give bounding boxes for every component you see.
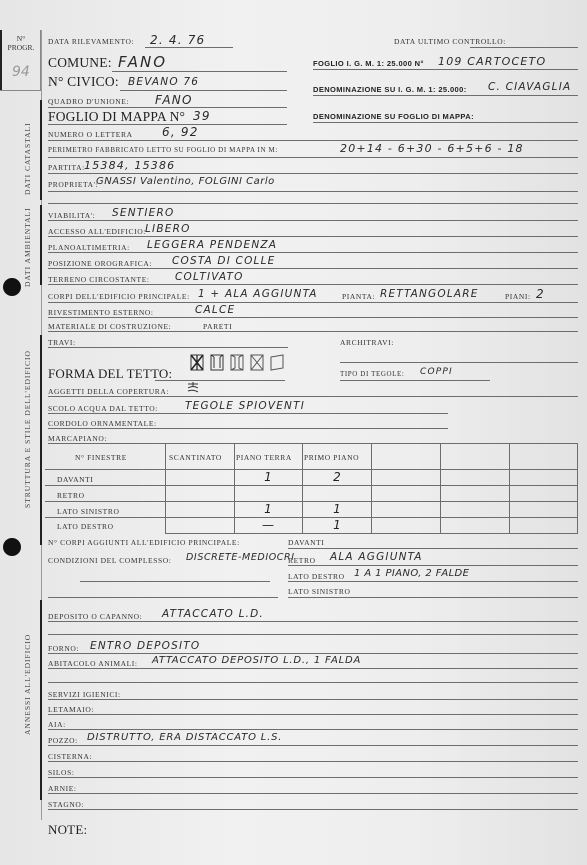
numero-label: NUMERO o LETTERA — [48, 130, 133, 139]
mappa-denominazione-label: DENOMINAZIONE SU FOGLIO DI MAPPA: — [313, 112, 474, 121]
side-label-catastali: DATI CATASTALI — [23, 122, 32, 195]
viabilita-line — [48, 220, 578, 221]
corpi-line — [48, 302, 578, 303]
pozzo-value[interactable]: DISTRUTTO, ERA DISTACCATO L.S. — [87, 732, 282, 743]
accesso-line — [48, 236, 578, 237]
igm-denominazione-value[interactable]: C. CIAVAGLIA — [488, 81, 571, 93]
scolo-line — [48, 413, 448, 414]
pianta-value[interactable]: RETTANGOLARE — [380, 288, 479, 300]
architravi-line — [340, 362, 578, 363]
partita-line — [48, 173, 578, 174]
lato-sinistro-line — [288, 597, 578, 598]
quadro-label: QUADRO D'UNIONE: — [48, 97, 129, 106]
lato-destro-line — [288, 581, 578, 582]
stagno-label: STAGNO: — [48, 800, 84, 809]
civico-value[interactable]: BEVANO 76 — [128, 76, 199, 88]
igm-foglio-value[interactable]: 109 CARTOCETO — [438, 55, 546, 68]
finestre-table: N° FINESTRE SCANTINATO PIANO TERRA PRIMO… — [45, 443, 578, 533]
complesso-retro-label: RETRO — [288, 556, 316, 565]
side-label-annessi: ANNESSI ALL'EDIFICIO — [23, 634, 32, 735]
quadro-value[interactable]: FANO — [155, 93, 193, 107]
side-label-ambientali: DATI AMBIENTALI — [23, 207, 32, 287]
tipo-tegole-line — [340, 380, 490, 381]
cisterna-label: CISTERNA: — [48, 752, 92, 761]
note-label: NOTE: — [48, 822, 87, 838]
table-col-divider — [371, 443, 372, 533]
posizione-value[interactable]: COSTA DI COLLE — [172, 255, 275, 267]
condizioni-value[interactable]: DISCRETE-MEDIOCRI — [186, 552, 295, 563]
table-col-divider — [302, 443, 303, 533]
architravi-label: ARCHITRAVI: — [340, 338, 394, 347]
pozzo-label: POZZO: — [48, 736, 78, 745]
abitacolo-label: ABITACOLO ANIMALI: — [48, 659, 138, 668]
gable-roof-a-icon[interactable] — [210, 354, 224, 371]
servizi-label: SERVIZI IGIENICI: — [48, 690, 121, 699]
data-rilevamento-line — [145, 47, 233, 48]
comune-value[interactable]: FANO — [118, 53, 167, 71]
condizioni-label: CONDIZIONI DEL COMPLESSO: — [48, 556, 171, 565]
scolo-value[interactable]: TEGOLE SPIOVENTI — [185, 400, 305, 412]
perimetro-value[interactable]: 20+14 - 6+30 - 6+5+6 - 18 — [340, 142, 524, 155]
piani-label: PIANI: — [505, 292, 531, 301]
section-bracket-ambientali — [40, 205, 42, 285]
abitacolo-extra-line — [48, 682, 578, 683]
complesso-extra-line — [48, 597, 278, 598]
quadro-line — [48, 107, 287, 108]
forma-tetto-options — [190, 354, 284, 371]
data-rilevamento-label: DATA RILEVAMENTO: — [48, 37, 134, 46]
cisterna-line — [48, 761, 578, 762]
perimetro-line — [48, 157, 578, 158]
deposito-value[interactable]: ATTACCATO L.D. — [162, 608, 264, 620]
plano-line — [48, 252, 578, 253]
binder-hole-top — [3, 278, 21, 296]
forno-label: FORNO: — [48, 644, 79, 653]
data-ultimo-controllo-line — [470, 47, 578, 48]
forno-value[interactable]: ENTRO DEPOSITO — [90, 640, 200, 652]
table-row-divider — [165, 533, 578, 534]
corpi-value[interactable]: 1 + ALA AGGIUNTA — [198, 288, 318, 300]
rivestimento-label: RIVESTIMENTO ESTERNO: — [48, 308, 154, 317]
letamaio-label: LETAMAIO: — [48, 705, 94, 714]
proprieta-value[interactable]: GNASSI Valentino, FOLGINI Carlo — [96, 176, 275, 187]
pianta-label: PIANTA: — [342, 292, 375, 301]
viabilita-value[interactable]: SENTIERO — [112, 207, 174, 219]
silos-line — [48, 777, 578, 778]
civico-line — [120, 90, 287, 91]
hip-roof-icon[interactable] — [190, 354, 204, 371]
cell-lato-sinistro-primo-piano[interactable]: 1 — [307, 502, 367, 516]
data-ultimo-controllo-label: DATA ULTIMO CONTROLLO: — [394, 37, 506, 46]
terreno-value[interactable]: COLTIVATO — [175, 271, 244, 283]
lean-to-roof-icon[interactable] — [270, 354, 284, 371]
row-label-lato-destro: LATO DESTRO — [57, 522, 114, 531]
left-border-top — [0, 30, 2, 90]
aia-label: AIA: — [48, 720, 66, 729]
rivestimento-line — [48, 317, 578, 318]
posizione-label: POSIZIONE OROGRAFICA: — [48, 259, 152, 268]
table-row-divider — [45, 485, 578, 486]
col-header-piano-terra: PIANO TERRA — [236, 453, 292, 462]
travi-label: TRAVI: — [48, 338, 76, 347]
lato-destro-label: LATO DESTRO — [288, 572, 345, 581]
cordolo-line — [48, 428, 448, 429]
data-rilevamento-value[interactable]: 2. 4. 76 — [150, 33, 205, 47]
scolo-label: SCOLO ACQUA DAL TETTO: — [48, 404, 158, 413]
mappa-denominazione-line — [313, 122, 578, 123]
numero-value[interactable]: 6, 92 — [162, 125, 199, 139]
complesso-davanti-line — [288, 548, 578, 549]
row-label-lato-sinistro: LATO SINISTRO — [57, 507, 119, 516]
col-header-scantinato: SCANTINATO — [169, 453, 222, 462]
progr-value: 94 — [12, 64, 30, 80]
cell-lato-destro-primo-piano[interactable]: 1 — [307, 518, 367, 532]
row-label-retro: RETRO — [57, 491, 85, 500]
gable-roof-b-icon[interactable] — [230, 354, 244, 371]
section-bracket-struttura — [40, 335, 42, 545]
tipo-tegole-label: TIPO DI TEGOLE: — [340, 370, 404, 378]
abitacolo-value[interactable]: ATTACCATO DEPOSITO L.D., 1 FALDA — [152, 655, 361, 666]
arnie-label: ARNIE: — [48, 784, 77, 793]
lato-destro-value[interactable]: 1 A 1 PIANO, 2 FALDE — [354, 568, 469, 579]
col-header-finestre: N° FINESTRE — [75, 453, 127, 462]
progr-box: N° PROGR. 94 — [0, 30, 41, 91]
forno-line — [48, 653, 578, 654]
aggetti-label: AGGETTI DELLA COPERTURA: — [48, 387, 169, 396]
section-bracket-catastali — [40, 100, 42, 200]
igm-denominazione-label: DENOMINAZIONE SU I. G. M. 1: 25.000: — [313, 85, 467, 94]
pyramid-roof-icon[interactable] — [250, 354, 264, 371]
viabilita-label: VIABILITA': — [48, 211, 95, 220]
cell-lato-sinistro-piano-terra[interactable]: 1 — [238, 502, 298, 516]
terreno-label: TERRENO CIRCOSTANTE: — [48, 275, 150, 284]
partita-value[interactable]: 15384, 15386 — [84, 159, 175, 172]
forma-tetto-line — [155, 380, 285, 381]
cell-lato-destro-piano-terra[interactable]: — — [238, 518, 298, 532]
piani-value[interactable]: 2 — [536, 287, 545, 301]
side-label-struttura: STRUTTURA E STILE DELL'EDIFICIO — [23, 350, 32, 508]
aggetti-line — [48, 396, 578, 397]
civico-label: N° CIVICO: — [48, 74, 119, 90]
cell-davanti-primo-piano[interactable]: 2 — [307, 470, 367, 484]
pozzo-line — [48, 745, 578, 746]
deposito-line — [48, 621, 578, 622]
partita-label: PARTITA: — [48, 163, 85, 172]
condizioni-extra-line — [80, 581, 270, 582]
tipo-tegole-value[interactable]: COPPI — [420, 367, 453, 377]
table-col-divider — [577, 443, 578, 533]
cell-davanti-piano-terra[interactable]: 1 — [238, 470, 298, 484]
numero-line — [48, 140, 578, 141]
complesso-retro-value[interactable]: ALA AGGIUNTA — [330, 551, 423, 563]
table-col-divider — [440, 443, 441, 533]
accesso-label: ACCESSO ALL'EDIFICIO: — [48, 227, 146, 236]
arnie-line — [48, 793, 578, 794]
table-col-divider — [509, 443, 510, 533]
perimetro-label: PERIMETRO FABBRICATO LETTO SU FOGLIO DI … — [48, 146, 278, 154]
servizi-line — [48, 699, 578, 700]
materiale-value[interactable]: PARETI — [203, 322, 232, 331]
stagno-line — [48, 809, 578, 810]
lato-sinistro-label: LATO SINISTRO — [288, 587, 350, 596]
terreno-line — [48, 284, 578, 285]
forma-tetto-label: FORMA DEL TETTO: — [48, 366, 172, 382]
section-bracket-annessi — [40, 600, 42, 800]
deposito-label: DEPOSITO o CAPANNO: — [48, 612, 142, 621]
marcapiano-label: MARCAPIANO: — [48, 434, 107, 443]
igm-denominazione-line — [313, 95, 578, 96]
abitacolo-line — [48, 668, 578, 669]
table-col-divider — [234, 443, 235, 533]
plano-value[interactable]: LEGGERA PENDENZA — [147, 239, 277, 251]
comune-line — [112, 71, 287, 72]
plano-label: PLANOALTIMETRIA: — [48, 243, 130, 252]
proprieta-extra-line — [48, 203, 578, 204]
complesso-retro-line — [288, 565, 578, 566]
accesso-value[interactable]: LIBERO — [145, 223, 191, 235]
igm-foglio-label: FOGLIO I. G. M. 1: 25.000 N° — [313, 59, 424, 68]
letamaio-line — [48, 714, 578, 715]
materiale-label: MATERIALE DI COSTRUZIONE: — [48, 322, 171, 331]
proprieta-line — [48, 191, 578, 192]
comune-label: COMUNE: — [48, 55, 112, 71]
table-col-divider — [165, 443, 166, 533]
deposito-extra-line — [48, 634, 578, 635]
proprieta-label: PROPRIETA': — [48, 180, 98, 189]
row-label-davanti: DAVANTI — [57, 475, 93, 484]
materiale-line — [48, 331, 578, 332]
complesso-davanti-label: DAVANTI — [288, 538, 324, 547]
binder-hole-bottom — [3, 538, 21, 556]
col-header-primo-piano: PRIMO PIANO — [304, 453, 359, 462]
progr-label: N° PROGR. — [4, 34, 38, 52]
foglio-mappa-label: FOGLIO DI MAPPA N° — [48, 109, 185, 125]
corpi-aggiunti-label: N° CORPI AGGIUNTI ALL'EDIFICIO PRINCIPAL… — [48, 538, 240, 547]
igm-foglio-line — [313, 69, 578, 70]
rivestimento-value[interactable]: CALCE — [195, 304, 235, 316]
corpi-label: CORPI DELL'EDIFICIO PRINCIPALE: — [48, 292, 190, 301]
aggetti-sketch-icon — [186, 381, 200, 395]
posizione-line — [48, 268, 578, 269]
cordolo-label: CORDOLO ORNAMENTALE: — [48, 419, 157, 428]
travi-line — [48, 347, 288, 348]
foglio-mappa-value[interactable]: 39 — [193, 109, 211, 123]
silos-label: SILOS: — [48, 768, 75, 777]
aia-line — [48, 729, 578, 730]
